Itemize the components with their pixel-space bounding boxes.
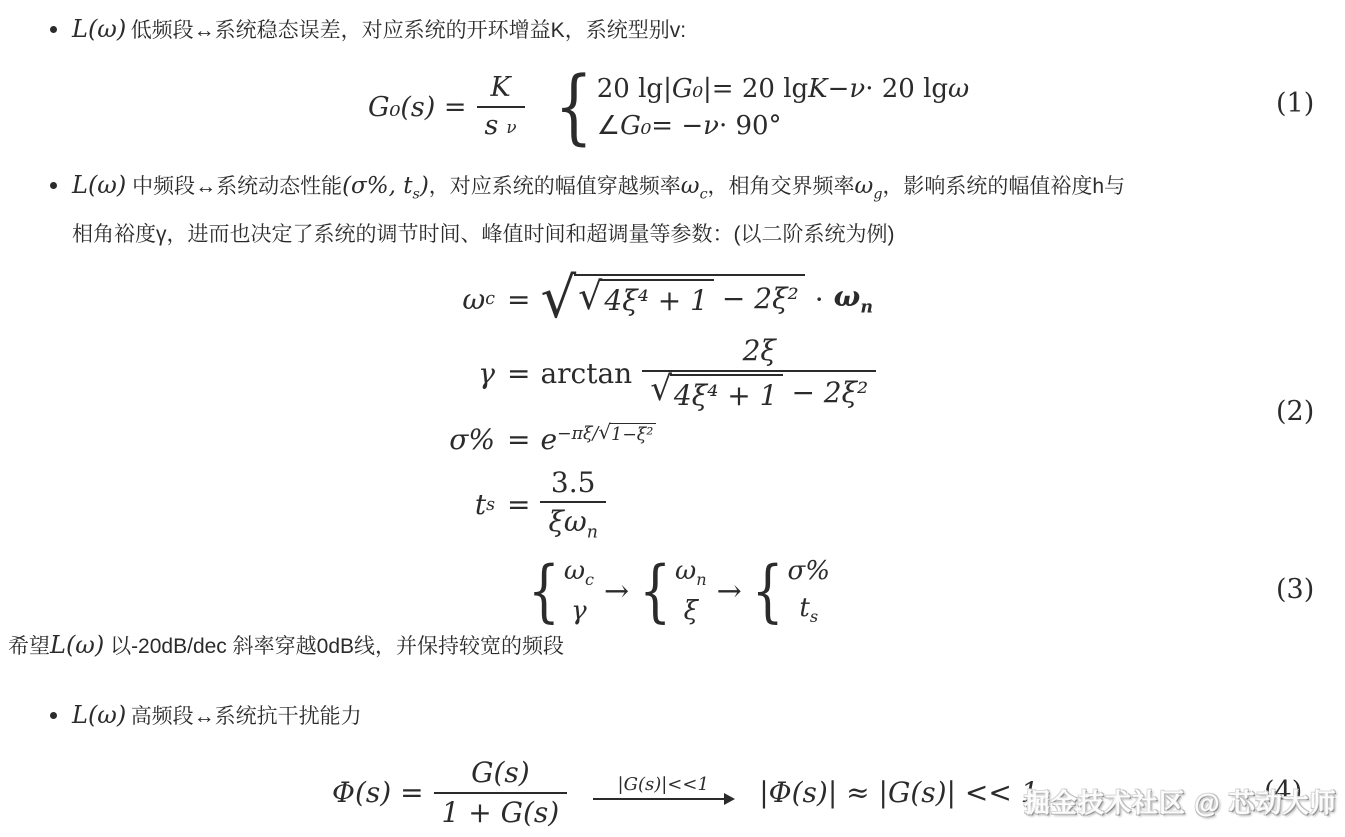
inline-math-sigma-ts: (σ%, ts)	[342, 173, 429, 199]
inline-math-omega-c: ωc	[681, 173, 708, 199]
eq2b-fraction: 2ξ √ 4ξ⁴ + 1 − 2ξ²	[642, 334, 876, 412]
eq3-group-1: { ωc γ	[528, 556, 594, 626]
implies-arrow: |G(s)|<<1	[593, 774, 733, 800]
equation-number-3: (3)	[1276, 574, 1314, 605]
left-brace: {	[555, 67, 593, 148]
eq2d-rhs: = 3.5 ξωn	[507, 466, 876, 544]
bullet1-text: 低频段↔系统稳态误差，对应系统的开环增益K，系统型别v:	[131, 19, 686, 42]
eq2a-rhs: = √ √ 4ξ⁴ + 1 − 2ξ² · ωn	[507, 274, 876, 324]
equation-number-1: (1)	[1276, 88, 1314, 119]
eq2b-lhs: γ	[478, 357, 495, 390]
equation-3: { ωc γ → { ωn ξ → { σ% ts	[528, 556, 830, 626]
radical-sign-icon: √	[650, 374, 672, 405]
fraction-denominator: sν	[477, 106, 525, 142]
inline-math-L-omega: L(ω)	[72, 15, 126, 43]
bullet-icon	[50, 712, 57, 719]
bullet2-seg1: 中频段↔系统动态性能	[132, 175, 342, 198]
eq3-group-2: { ωn ξ	[639, 556, 706, 626]
arrow-icon: →	[604, 574, 629, 609]
arctan-function: arctan	[540, 357, 632, 390]
omega-n-bold: ωn	[834, 280, 873, 318]
radical-sign-icon: √	[578, 279, 602, 313]
exponent: −πξ/√1−ξ²	[557, 423, 656, 445]
eq4-condition-label: |G(s)|<<1	[618, 774, 709, 795]
eq2b-rhs: = arctan 2ξ √ 4ξ⁴ + 1 − 2ξ²	[507, 334, 876, 412]
equation-1: G₀(s) = K sν { 20 lg|G₀| = 20 lg K − ν ·…	[368, 72, 969, 143]
outer-radical: √ √ 4ξ⁴ + 1 − 2ξ²	[540, 274, 804, 324]
equation-4: Φ(s) = G(s) 1 + G(s) |G(s)|<<1 |Φ(s)| ≈ …	[332, 756, 1039, 829]
bullet-item-high-freq: L(ω) 高频段↔系统抗干扰能力	[48, 700, 972, 730]
eq2c-lhs: σ%	[449, 423, 495, 456]
angle-icon: ∠	[597, 111, 620, 141]
eq4-fraction: G(s) 1 + G(s)	[434, 756, 568, 829]
bullet-icon	[50, 182, 57, 189]
bullet2-seg4: ，影响系统的幅值裕度h与	[882, 175, 1125, 198]
bullet2-seg2: ，对应系统的幅值穿越频率	[429, 175, 681, 198]
fraction-numerator: K	[482, 72, 518, 106]
eq3-group-3: { σ% ts	[752, 556, 830, 626]
bullet-item-low-freq: L(ω) 低频段↔系统稳态误差，对应系统的开环增益K，系统型别v:	[48, 14, 1342, 44]
bullet3-text: 高频段↔系统抗干扰能力	[131, 705, 362, 728]
arrow-shaft-icon	[593, 798, 733, 800]
eq4-rhs: |Φ(s)| ≈ |G(s)| << 1	[759, 776, 1038, 809]
eq1-lhs-text: G₀(s) =	[368, 92, 467, 123]
eq2a-lhs: ωc	[462, 283, 495, 316]
bullet2-line1: L(ω) 中频段↔系统动态性能(σ%, ts)，对应系统的幅值穿越频率ωc，相角…	[72, 170, 1345, 203]
radical-sign-icon: √	[540, 274, 576, 324]
bullet2-seg3: ，相角交界频率	[708, 175, 855, 198]
equation-2-block: ωc = √ √ 4ξ⁴ + 1 − 2ξ² · ωn γ = arctan	[400, 274, 876, 544]
midtext-pre: 希望	[8, 635, 50, 658]
inline-math-L-omega: L(ω)	[72, 171, 126, 199]
eq1-fraction: K sν	[477, 72, 525, 143]
eq1-case-row-2: ∠G₀ = −ν · 90°	[597, 111, 782, 141]
eq1-lhs: G₀(s) = K sν	[368, 72, 525, 143]
watermark: 掘金技术社区 @ 芯动大师	[1024, 783, 1337, 820]
inner-radical: √ 4ξ⁴ + 1	[578, 279, 714, 317]
mid-text: 希望L(ω) 以-20dB/dec 斜率穿越0dB线，并保持较宽的频段	[8, 630, 564, 660]
bullet-item-mid-freq: L(ω) 中频段↔系统动态性能(σ%, ts)，对应系统的幅值穿越频率ωc，相角…	[48, 170, 1345, 248]
left-brace: {	[639, 557, 671, 625]
eq4-lhs: Φ(s) =	[332, 776, 424, 809]
inline-math-omega-g: ωg	[855, 173, 883, 199]
midtext-post: 以-20dB/dec 斜率穿越0dB线，并保持较宽的频段	[104, 635, 564, 658]
eq2d-fraction: 3.5 ξωn	[540, 466, 605, 544]
document-page: L(ω) 低频段↔系统稳态误差，对应系统的开环增益K，系统型别v: G₀(s) …	[0, 0, 1345, 837]
eq1-case-row-1: 20 lg|G₀| = 20 lg K − ν · 20 lg ω	[597, 74, 969, 104]
exp-base: e−πξ/√1−ξ²	[540, 423, 656, 456]
eq2d-lhs: ts	[475, 488, 495, 521]
left-brace: {	[752, 557, 784, 625]
inline-math-L-omega: L(ω)	[72, 701, 126, 729]
bullet2-line2: 相角裕度γ，进而也决定了系统的调节时间、峰值时间和超调量等参数：(以二阶系统为例…	[72, 218, 1345, 248]
eq1-cases: { 20 lg|G₀| = 20 lg K − ν · 20 lg ω ∠G₀ …	[555, 74, 970, 141]
eq2c-rhs: = e−πξ/√1−ξ²	[507, 423, 876, 456]
arrow-icon: →	[717, 574, 742, 609]
inline-math-L-omega: L(ω)	[50, 631, 104, 659]
left-brace: {	[528, 557, 560, 625]
bullet-icon	[50, 26, 57, 33]
den-radical: √ 4ξ⁴ + 1	[650, 374, 783, 413]
equation-number-2: (2)	[1276, 396, 1314, 427]
